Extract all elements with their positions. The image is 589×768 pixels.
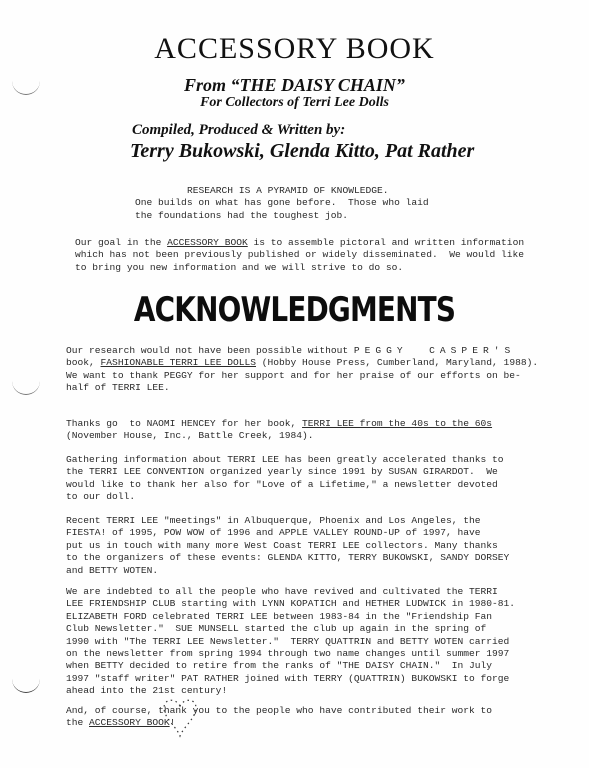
book-title: TERRI LEE from the 40s to the 60s	[302, 418, 492, 429]
name-peggy-casper: PEGGY CASPER'S	[354, 345, 515, 356]
paragraph-friendship-club: We are indebted to all the people who ha…	[66, 586, 515, 698]
text-line: which has not been previously published …	[75, 249, 524, 261]
text-span: Our research would not have been possibl…	[66, 345, 354, 356]
text-line: Club Newsletter." SUE MUNSELL started th…	[66, 623, 515, 635]
text-line: (November House, Inc., Battle Creek, 198…	[66, 430, 492, 442]
subtitle-from: From “THE DAISY CHAIN”	[0, 75, 589, 96]
binder-hole-mark	[12, 378, 40, 395]
authors: Terry Bukowski, Glenda Kitto, Pat Rather	[130, 140, 474, 163]
document-title: ACCESSORY BOOK	[0, 32, 589, 66]
text-span: (Hobby House Press, Cumberland, Maryland…	[256, 357, 538, 368]
text-line: Gathering information about TERRI LEE ha…	[66, 454, 504, 466]
epigraph: RESEARCH IS A PYRAMID OF KNOWLEDGE.One b…	[135, 185, 429, 222]
text-line: when BETTY decided to retire from the ra…	[66, 660, 515, 672]
text-line: the ACCESSORY BOOK!	[66, 717, 492, 729]
text-line: on the newsletter from spring 1994 throu…	[66, 648, 515, 660]
goal-paragraph: Our goal in the ACCESSORY BOOK is to ass…	[75, 237, 524, 274]
binder-hole-mark	[12, 676, 40, 693]
paragraph-meetings: Recent TERRI LEE "meetings" in Albuquerq…	[66, 515, 509, 577]
paragraph-convention: Gathering information about TERRI LEE ha…	[66, 454, 504, 504]
text-line: half of TERRI LEE.	[66, 382, 538, 394]
text-span: the	[66, 717, 89, 728]
text-line: the TERRI LEE CONVENTION organized yearl…	[66, 466, 504, 478]
text-span: Thanks go to NAOMI HENCEY for her book,	[66, 418, 302, 429]
document-page: ACCESSORY BOOK From “THE DAISY CHAIN” Fo…	[0, 0, 589, 768]
text-span: book,	[66, 357, 101, 368]
text-span: !	[170, 717, 176, 728]
text-line: We are indebted to all the people who ha…	[66, 586, 515, 598]
text-line: Our goal in the ACCESSORY BOOK is to ass…	[75, 237, 524, 249]
text-line: And, of course, thank you to the people …	[66, 705, 492, 717]
text-line: Thanks go to NAOMI HENCEY for her book, …	[66, 418, 492, 430]
text-line: to the organizers of these events: GLEND…	[66, 552, 509, 564]
text-line: 1990 with "The TERRI LEE Newsletter." TE…	[66, 636, 515, 648]
text-line: to bring you new information and we will…	[75, 262, 524, 274]
text-line: Recent TERRI LEE "meetings" in Albuquerq…	[66, 515, 509, 527]
compiled-by-label: Compiled, Produced & Written by:	[132, 122, 345, 139]
epigraph-line: RESEARCH IS A PYRAMID OF KNOWLEDGE.	[135, 185, 429, 197]
paragraph-closing: And, of course, thank you to the people …	[66, 705, 492, 730]
accessory-book-title: ACCESSORY BOOK	[89, 717, 170, 728]
text-line: and BETTY WOTEN.	[66, 565, 509, 577]
acknowledgments-heading: ACKNOWLEDGMENTS	[53, 290, 536, 330]
text-line: put us in touch with many more West Coas…	[66, 540, 509, 552]
text-line: ELIZABETH FORD celebrated TERRI LEE betw…	[66, 611, 515, 623]
text-line: LEE FRIENDSHIP CLUB starting with LYNN K…	[66, 598, 515, 610]
text-line: Our research would not have been possibl…	[66, 345, 538, 357]
text-line: would like to thank her also for "Love o…	[66, 479, 504, 491]
epigraph-line: One builds on what has gone before. Thos…	[135, 197, 429, 209]
text-line: We want to thank PEGGY for her support a…	[66, 370, 538, 382]
book-title: FASHIONABLE TERRI LEE DOLLS	[101, 357, 256, 368]
text-line: FIESTA! of 1995, POW WOW of 1996 and APP…	[66, 527, 509, 539]
text-span: is to assemble pictoral and written info…	[248, 237, 524, 248]
text-line: to our doll.	[66, 491, 504, 503]
paragraph-peggy-casper: Our research would not have been possibl…	[66, 345, 538, 395]
text-line: book, FASHIONABLE TERRI LEE DOLLS (Hobby…	[66, 357, 538, 369]
accessory-book-title: ACCESSORY BOOK	[167, 237, 248, 248]
subtitle-for: For Collectors of Terri Lee Dolls	[0, 95, 589, 111]
paragraph-naomi-hencey: Thanks go to NAOMI HENCEY for her book, …	[66, 418, 492, 443]
text-line: ahead into the 21st century!	[66, 685, 515, 697]
text-line: 1997 "staff writer" PAT RATHER joined wi…	[66, 673, 515, 685]
epigraph-line: the foundations had the toughest job.	[135, 210, 429, 222]
text-span: Our goal in the	[75, 237, 167, 248]
